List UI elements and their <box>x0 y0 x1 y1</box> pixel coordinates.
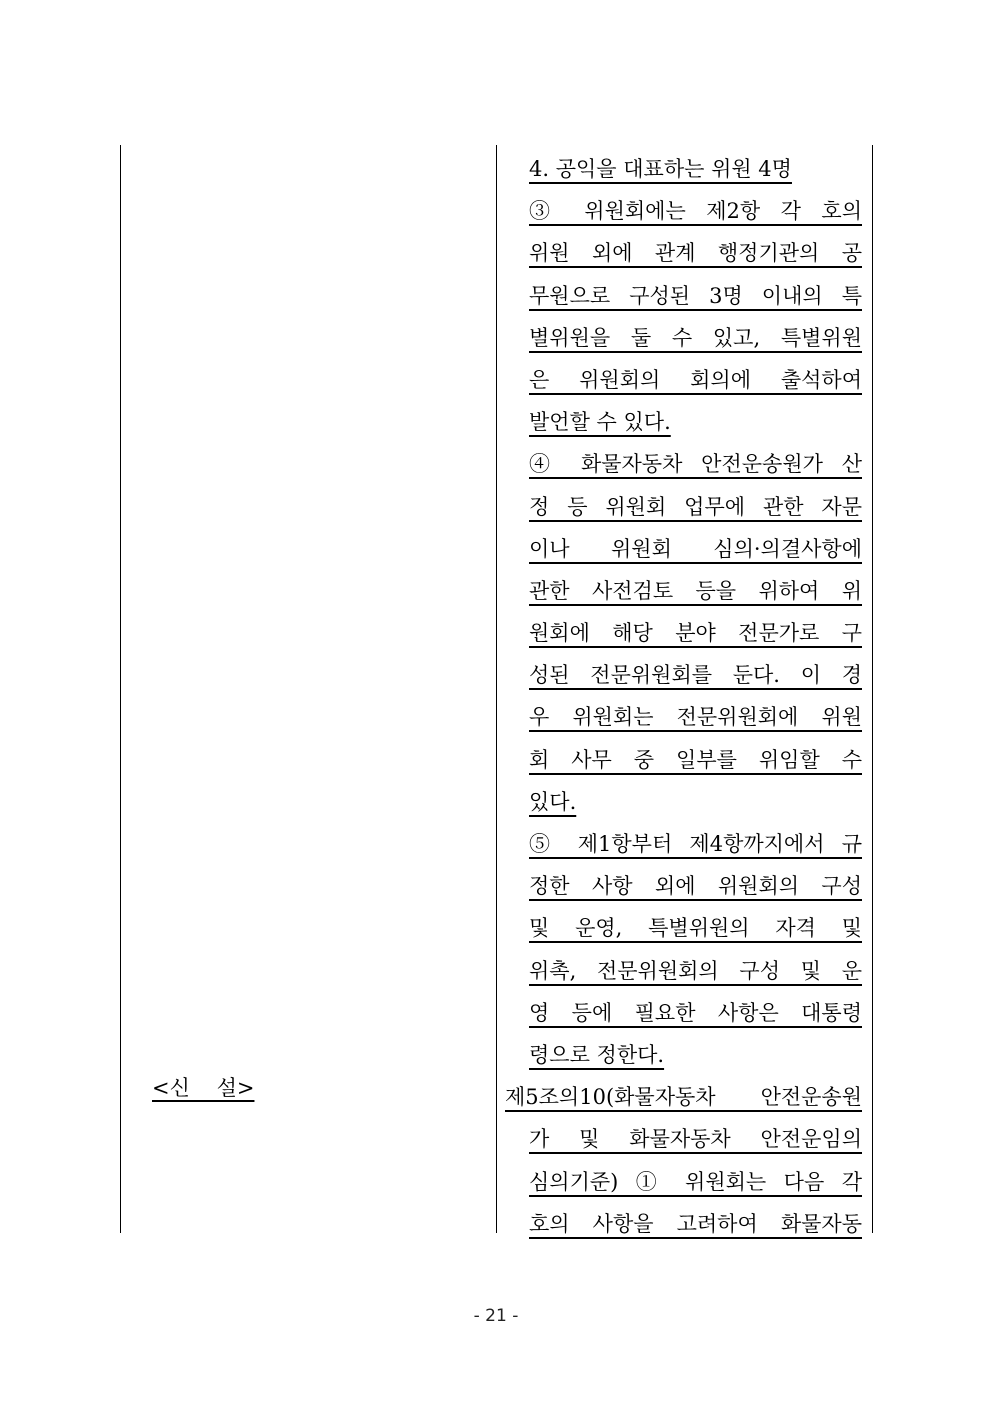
text-line: 호의 사항을 고려하여 화물자동 <box>529 1203 862 1245</box>
text-line: ④ 화물자동차 안전운송원가 산 <box>529 443 862 485</box>
text-line: 성된 전문위원회를 둔다. 이 경 <box>529 654 862 696</box>
text-line: 위촉, 전문위원회의 구성 및 운 <box>529 950 862 992</box>
text-line: 무원으로 구성된 3명 이내의 특 <box>529 275 862 317</box>
text-line: 이나 위원회 심의·의결사항에 <box>529 528 862 570</box>
text-line: 우 위원회는 전문위원회에 위원 <box>529 696 862 738</box>
page-number: - 21 - <box>0 1306 992 1326</box>
text-line: 원회에 해당 분야 전문가로 구 <box>529 612 862 654</box>
table-left-border <box>120 145 121 1233</box>
text-line: 및 운영, 특별위원의 자격 및 <box>529 907 862 949</box>
text-line: 심의기준) ① 위원회는 다음 각 <box>529 1161 862 1203</box>
table-right-border <box>872 145 873 1233</box>
text-line: 은 위원회의 회의에 출석하여 <box>529 359 862 401</box>
text-line: ③ 위원회에는 제2항 각 호의 <box>529 190 862 232</box>
text-line: 별위원을 둘 수 있고, 특별위원 <box>529 317 862 359</box>
text-line: 정한 사항 외에 위원회의 구성 <box>529 865 862 907</box>
text-line: 발언할 수 있다. <box>529 401 862 443</box>
text-line: 정 등 위원회 업무에 관한 자문 <box>529 486 862 528</box>
table-column-divider <box>496 145 497 1233</box>
text-line: 4. 공익을 대표하는 위원 4명 <box>529 148 862 190</box>
text-line: 있다. <box>529 781 862 823</box>
text-line: 제5조의10(화물자동차 안전운송원 <box>505 1076 862 1118</box>
text-line: 영 등에 필요한 사항은 대통령 <box>529 992 862 1034</box>
text-line: 회 사무 중 일부를 위임할 수 <box>529 739 862 781</box>
text-line: 령으로 정한다. <box>529 1034 862 1076</box>
text-line: 가 및 화물자동차 안전운임의 <box>529 1118 862 1160</box>
text-line: 위원 외에 관계 행정기관의 공 <box>529 232 862 274</box>
new-provision-marker: <신 설> <box>152 1072 254 1102</box>
text-line: ⑤ 제1항부터 제4항까지에서 규 <box>529 823 862 865</box>
amended-text-column: 4. 공익을 대표하는 위원 4명③ 위원회에는 제2항 각 호의위원 외에 관… <box>529 148 862 1245</box>
text-line: 관한 사전검토 등을 위하여 위 <box>529 570 862 612</box>
